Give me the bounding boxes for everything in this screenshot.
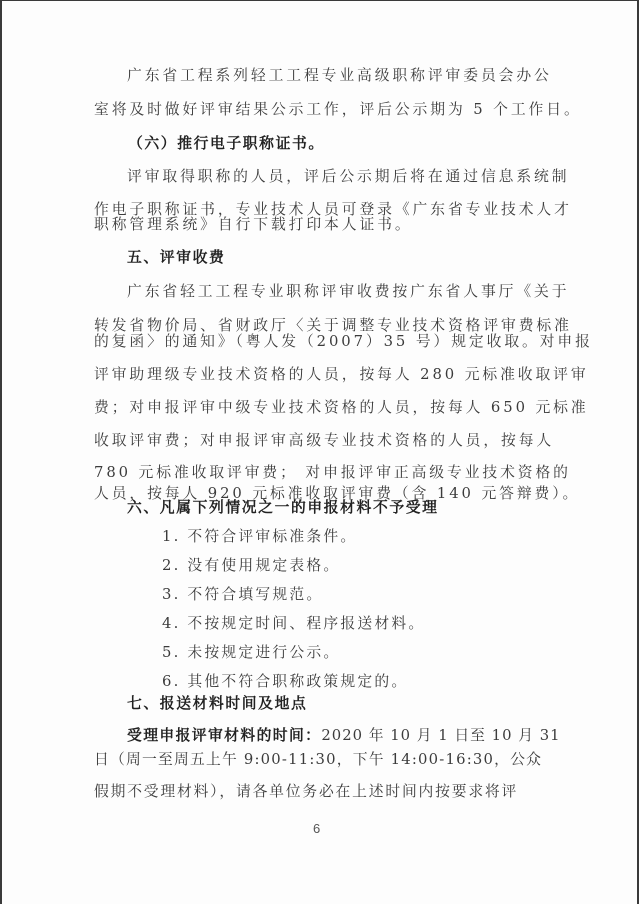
body-text-line: 收取评审费；对申报评审高级专业技术资格的人员，按每人 [94, 431, 554, 451]
page-number: 6 [313, 821, 320, 836]
body-text-span: 2020 年 10 月 1 日至 10 月 31 [321, 727, 560, 744]
body-text-line: 日（周一至周五上午 9:00-11:30，下午 14:00-16:30，公众 [94, 750, 554, 770]
list-item: 5. 未按规定进行公示。 [162, 643, 622, 663]
bold-lead-text: 受理申报评审材料的时间： [127, 727, 321, 744]
body-text-line: 评审取得职称的人员，评后公示期后将在通过信息系统制 [127, 167, 587, 187]
body-text-line: 职称管理系统》自行下载打印本人证书。 [94, 215, 554, 235]
list-item: 4. 不按规定时间、程序报送材料。 [162, 614, 622, 634]
section-heading-6-sub: （六）推行电子职称证书。 [128, 134, 588, 154]
document-page: 广东省工程系列轻工工程专业高级职称评审委员会办公 室将及时做好评审结果公示工作，… [0, 0, 639, 904]
body-text-line: 780 元标准收取评审费； 对申报评审正高级专业技术资格的 [94, 463, 554, 483]
list-item: 1. 不符合评审标准条件。 [162, 527, 622, 547]
body-text-line: 广东省轻工工程专业职称评审收费按广东省人事厅《关于 [127, 282, 587, 302]
body-text-line: 室将及时做好评审结果公示工作，评后公示期为 5 个工作日。 [94, 100, 554, 120]
section-heading-submission: 七、报送材料时间及地点 [127, 694, 587, 714]
body-text-line: 假期不受理材料），请各单位务必在上述时间内按要求将评 [94, 782, 554, 802]
body-text-line: 评审助理级专业技术资格的人员，按每人 280 元标准收取评审 [94, 365, 554, 385]
body-text-line: 费；对申报评审中级专业技术资格的人员，按每人 650 元标准 [94, 398, 554, 418]
list-item: 3. 不符合填写规范。 [162, 585, 622, 605]
list-item: 6. 其他不符合职称政策规定的。 [162, 672, 622, 692]
list-item: 2. 没有使用规定表格。 [162, 556, 622, 576]
body-text-line: 广东省工程系列轻工工程专业高级职称评审委员会办公 [127, 66, 587, 86]
body-text-line: 受理申报评审材料的时间：2020 年 10 月 1 日至 10 月 31 [127, 726, 587, 746]
body-text-line: 的复函〉的通知》（粤人发（2007）35 号）规定收取。对申报 [94, 332, 554, 352]
section-heading-rejection: 六、凡属下列情况之一的申报材料不予受理 [127, 498, 587, 518]
section-heading-fees: 五、评审收费 [127, 248, 587, 268]
